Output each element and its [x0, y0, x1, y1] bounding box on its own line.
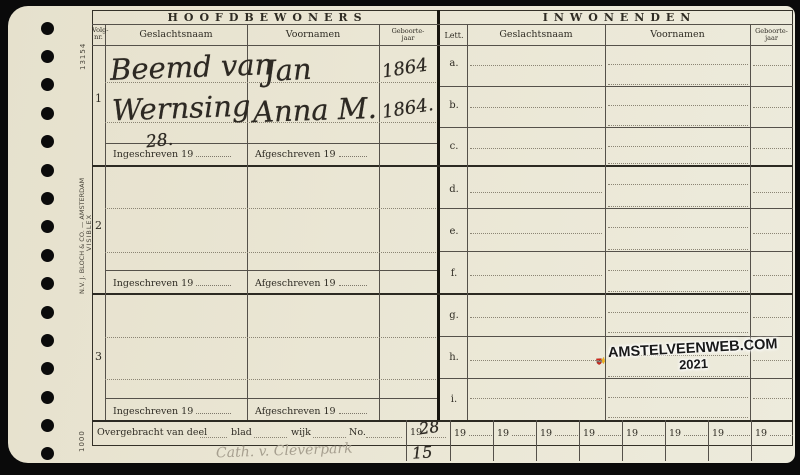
punch-hole: [41, 50, 54, 63]
afgeschreven-label: Afgeschreven 19: [255, 149, 336, 160]
row-letter-g: g.: [441, 310, 467, 321]
fill-in-line: [254, 437, 287, 438]
serial-number-bottom: 1000: [78, 420, 86, 452]
writing-line: [608, 125, 748, 126]
year-cell-label: 19: [454, 428, 466, 439]
punch-hole: [41, 391, 54, 404]
col-header-geboortejaar-line2: jaar: [765, 34, 778, 42]
footer-cell-rule: [665, 420, 666, 461]
column-rule: [379, 24, 380, 420]
punch-hole: [41, 447, 54, 460]
writing-line: [105, 379, 436, 380]
afgeschreven-label: Afgeschreven 19: [255, 406, 336, 417]
fill-in-line: [366, 437, 402, 438]
year-cell-label: 19: [540, 428, 552, 439]
punch-hole: [41, 277, 54, 290]
handwriting-ingeschreven-year: 28.: [145, 130, 174, 153]
writing-line: [608, 417, 748, 418]
writing-line: [105, 337, 436, 338]
writing-line: [608, 227, 748, 228]
amstelveen-coat-of-arms-icon: [595, 341, 606, 381]
row-letter-f: f.: [441, 268, 467, 279]
punch-hole: [41, 220, 54, 233]
year-cell: 19: [497, 426, 535, 439]
fill-in-line: [313, 437, 346, 438]
footer-cell-rule: [751, 420, 752, 461]
writing-line: [753, 233, 791, 234]
letter-row-rule: [440, 208, 793, 209]
ingeschreven-label: Ingeschreven 19: [113, 406, 193, 417]
row-letter-e: e.: [441, 226, 467, 237]
writing-line: [753, 148, 791, 149]
inner-rule: [105, 270, 437, 271]
row-letter-a: a.: [441, 58, 467, 69]
row-letter-b: b.: [441, 100, 467, 111]
writing-line: [608, 249, 748, 250]
column-rule: [467, 24, 468, 420]
no-label: No.: [349, 427, 366, 438]
row-letter-h: h.: [441, 352, 467, 363]
serial-number-top: 13154: [79, 24, 87, 70]
punch-hole: [41, 306, 54, 319]
writing-line: [470, 65, 602, 66]
writing-line: [470, 192, 602, 193]
punch-hole: [41, 135, 54, 148]
letter-row-rule: [440, 127, 793, 128]
year-cell: 19: [669, 426, 707, 439]
row-letter-d: d.: [441, 184, 467, 195]
writing-line: [608, 312, 748, 313]
row-letter-c: c.: [441, 141, 467, 152]
writing-line: [608, 206, 748, 207]
writing-line: [470, 360, 602, 361]
footer-cell-rule: [406, 420, 407, 461]
col-header-geboortejaar-line2: jaar: [402, 34, 415, 42]
section-rule: [92, 165, 793, 167]
printer-name: N.V. J. BLOCH & CO. — AMSTERDAM: [78, 170, 86, 294]
scanned-register-card-page: 13154 VISIBLEX N.V. J. BLOCH & CO. — AMS…: [0, 0, 800, 475]
year-cell: 19: [540, 426, 578, 439]
punch-hole: [41, 107, 54, 120]
writing-line: [608, 84, 748, 85]
footer-cell-rule: [450, 420, 451, 461]
punch-hole: [41, 164, 54, 177]
writing-line: [608, 64, 748, 65]
afgeschreven-label: Afgeschreven 19: [255, 278, 336, 289]
fill-in-line: [200, 437, 227, 438]
inner-rule: [105, 398, 437, 399]
letter-row-rule: [440, 251, 793, 252]
watermark-text: AMSTELVEENWEB.COM 2021: [608, 336, 779, 377]
footer-cell-rule: [493, 420, 494, 461]
writing-line: [753, 107, 791, 108]
year-cell-label: 19: [626, 428, 638, 439]
year-cell: 19: [626, 426, 664, 439]
handwriting-surname-1: Beemd van: [109, 47, 273, 87]
footer-cell-rule: [708, 420, 709, 461]
column-rule: [247, 24, 248, 420]
writing-line: [753, 317, 791, 318]
ingeschreven-row3: Ingeschreven 19: [113, 404, 231, 417]
writing-line: [105, 252, 436, 253]
row-number-1: 1: [92, 92, 105, 105]
writing-line: [470, 398, 602, 399]
writing-line: [608, 270, 748, 271]
title-rule: [92, 24, 793, 25]
overgebracht-label: Overgebracht van deel: [97, 427, 207, 438]
year-cell-label: 19: [583, 428, 595, 439]
punch-hole: [41, 419, 54, 432]
blad-label: blad: [231, 427, 252, 438]
writing-line: [608, 291, 748, 292]
year-cell-label: 19: [497, 428, 509, 439]
inwonenden-title: INWONENDEN: [440, 11, 793, 24]
punch-hole: [41, 362, 54, 375]
col-header-lett: Lett.: [441, 31, 467, 40]
afgeschreven-row3: Afgeschreven 19: [255, 404, 367, 417]
afgeschreven-row2: Afgeschreven 19: [255, 276, 367, 289]
year-cell: 19: [583, 426, 621, 439]
year-cell: 19: [712, 426, 750, 439]
punch-hole: [41, 192, 54, 205]
row-letter-i: i.: [441, 394, 467, 405]
year-cell: 19: [454, 426, 492, 439]
handwriting-firstname-2: Anna M.: [252, 91, 377, 129]
col-header-geslachtsnaam-left: Geslachtsnaam: [105, 29, 247, 40]
section-rule: [92, 293, 793, 295]
row-number-2: 2: [92, 219, 105, 232]
handwriting-house-number: 15: [411, 442, 433, 462]
ingeschreven-row2: Ingeschreven 19: [113, 276, 231, 289]
year-cell-label: 19: [712, 428, 724, 439]
wijk-label: wijk: [291, 427, 311, 438]
footer-cell-rule: [622, 420, 623, 461]
afgeschreven-row1: Afgeschreven 19: [255, 147, 367, 160]
ingeschreven-label: Ingeschreven 19: [113, 278, 193, 289]
handwriting-footer-year: 28: [418, 417, 441, 439]
row-number-3: 3: [92, 350, 105, 363]
handwriting-surname-2: Wernsing: [111, 89, 251, 128]
hoofdbewoners-title: HOOFDBEWONERS: [92, 11, 437, 24]
writing-line: [470, 148, 602, 149]
header-rule: [92, 45, 793, 46]
col-header-geboortejaar-left: Geboorte- jaar: [379, 28, 437, 42]
writing-line: [608, 184, 748, 185]
punch-hole: [41, 334, 54, 347]
writing-line: [608, 163, 748, 164]
writing-line: [753, 192, 791, 193]
center-divider-line: [437, 10, 440, 420]
footer-rule: [92, 420, 793, 422]
writing-line: [105, 208, 436, 209]
writing-line: [608, 332, 748, 333]
letter-row-rule: [440, 86, 793, 87]
punch-hole: [41, 78, 54, 91]
year-cell: 19: [755, 426, 793, 439]
writing-line: [470, 107, 602, 108]
handwriting-firstname-1: Jan: [263, 52, 312, 88]
writing-line: [753, 65, 791, 66]
col-header-volgnr-line2: nr.: [94, 33, 103, 41]
col-header-geboortejaar-right: Geboorte- jaar: [750, 28, 793, 42]
writing-line: [608, 105, 748, 106]
writing-line: [470, 317, 602, 318]
writing-line: [753, 275, 791, 276]
year-cell-label: 19: [755, 428, 767, 439]
col-header-volgnr: Volg- nr.: [92, 27, 105, 41]
col-header-voornamen-right: Voornamen: [605, 29, 750, 40]
writing-line: [470, 233, 602, 234]
col-header-voornamen-left: Voornamen: [247, 29, 379, 40]
col-header-geslachtsnaam-right: Geslachtsnaam: [467, 29, 605, 40]
footer-cell-rule: [579, 420, 580, 461]
writing-line: [608, 146, 748, 147]
column-rule: [105, 24, 106, 420]
year-cell-label: 19: [669, 428, 681, 439]
punch-hole: [41, 22, 54, 35]
writing-line: [608, 397, 748, 398]
writing-line: [753, 398, 791, 399]
writing-line: [470, 275, 602, 276]
punch-hole: [41, 249, 54, 262]
footer-cell-rule: [536, 420, 537, 461]
